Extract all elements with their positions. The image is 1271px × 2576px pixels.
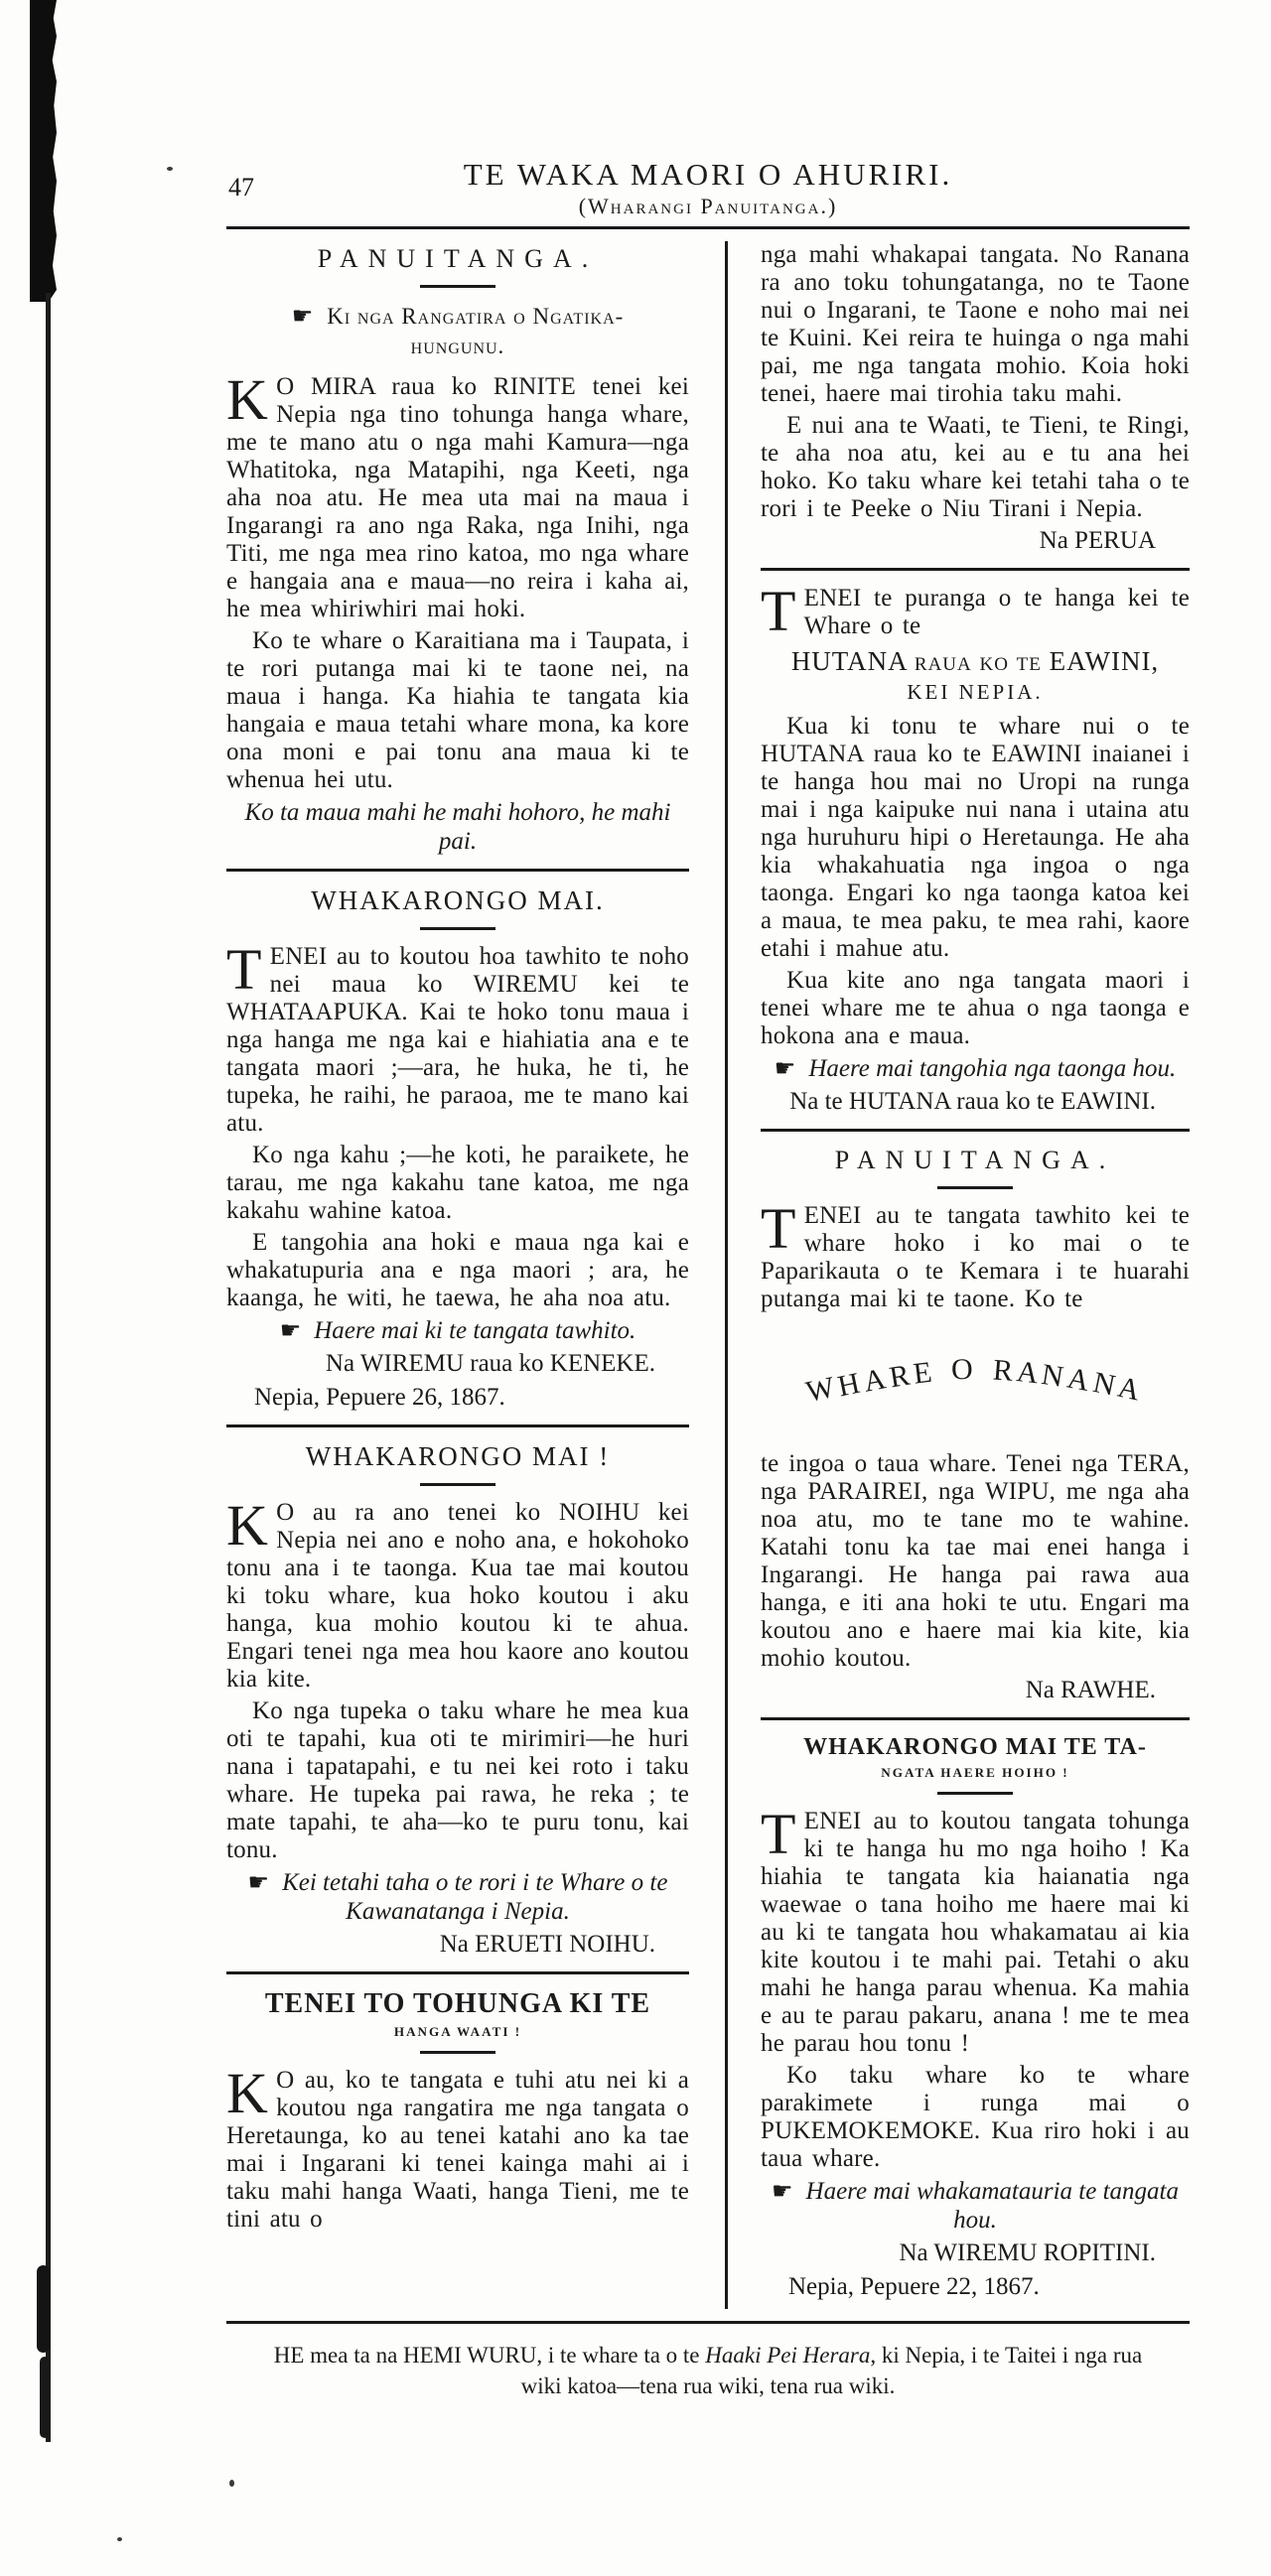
scan-edge-line: [46, 293, 51, 2442]
newspaper-page: { "header": { "page_number": "47", "titl…: [0, 0, 1271, 2576]
advert-paragraph: TENEI te puranga o te hanga kei te Whare…: [761, 585, 1190, 640]
display-title-letter: A: [1115, 1371, 1147, 1410]
advert-notice: ☛Kei tetahi taha o te rori i te Whare o …: [226, 1868, 689, 1926]
pointing-hand-icon: ☛: [292, 302, 315, 330]
advert-heading-line: PANUITANGA.: [761, 1146, 1190, 1175]
advert-notice: ☛Haere mai ki te tangata tawhito.: [226, 1316, 689, 1345]
masthead-header: 47 TE WAKA MAORI O AHURIRI. (Wharangi Pa…: [226, 157, 1190, 229]
advert-heading: WHAKARONGO MAI TE TA-NGATA HAERE HOIHO !: [761, 1734, 1190, 1795]
display-title-letter: O: [951, 1353, 977, 1388]
advert-dateline: Nepia, Pepuere 22, 1867.: [761, 2273, 1190, 2301]
heading-underline-rule: [420, 2051, 495, 2054]
advert-paragraph: TENEI au te tangata tawhito kei te whare…: [761, 1202, 1190, 1313]
advert-heading: WHAKARONGO MAI !: [226, 1441, 689, 1486]
page-number: 47: [228, 173, 254, 203]
advert-paragraph: TENEI au to koutou hoa tawhito te noho n…: [226, 943, 689, 1138]
heading-underline-rule: [420, 1483, 495, 1486]
advert-signature: Na WIREMU ROPITINI.: [761, 2239, 1190, 2267]
drop-cap-letter: K: [226, 2067, 276, 2117]
advert-paragraph: Ko nga kahu ;—he koti, he paraikete, he …: [226, 1142, 689, 1225]
advert-paragraph: E tangohia ana hoki e maua nga kai e wha…: [226, 1229, 689, 1312]
advert-address-line: hungunu.: [226, 332, 689, 361]
drop-cap-letter: T: [761, 1808, 804, 1858]
advert-paragraph: Kua kite ano nga tangata maori i tenei w…: [761, 967, 1190, 1050]
page-content: 47 TE WAKA MAORI O AHURIRI. (Wharangi Pa…: [226, 0, 1190, 2401]
heading-underline-rule: [420, 285, 495, 288]
header-rule: [226, 226, 1190, 229]
heading-underline-rule: [420, 927, 495, 930]
scan-speck: [117, 2537, 122, 2541]
scan-ink-blob: [37, 2265, 50, 2353]
advert-notice-text: Haere mai tangohia nga taonga hou.: [808, 1055, 1176, 1082]
advert-paragraph: KO MIRA raua ko RINITE tenei kei Nepia n…: [226, 373, 689, 623]
column-divider-rule: [725, 241, 728, 2309]
advert-display-title: WHARE O RANANA: [761, 1337, 1190, 1424]
section-divider-rule: [761, 1129, 1190, 1132]
newspaper-title: TE WAKA MAORI O AHURIRI.: [226, 157, 1190, 193]
drop-cap-letter: T: [226, 943, 270, 994]
imprint-text: HE mea ta na HEMI WURU, i te whare ta o …: [274, 2343, 706, 2368]
advert-heading-line: PANUITANGA.: [226, 244, 689, 274]
imprint-press-name: Haaki Pei Herara: [705, 2343, 870, 2368]
newspaper-subtitle: (Wharangi Panuitanga.): [226, 194, 1190, 219]
advert-paragraph: E nui ana te Waati, te Tieni, te Ringi, …: [761, 412, 1190, 523]
drop-cap-letter: T: [761, 1202, 804, 1253]
advert-signature: Na WIREMU raua ko KENEKE.: [226, 1350, 689, 1378]
right-column: nga mahi whakapai tangata. No Ranana ra …: [761, 241, 1190, 2309]
advert-paragraph: Ko nga tupeka o taku whare he mea kua ot…: [226, 1697, 689, 1864]
heading-underline-rule: [937, 1186, 1013, 1189]
display-title-letter: E: [912, 1355, 937, 1391]
footer-rule: [226, 2321, 1190, 2324]
column-layout: PANUITANGA.☛Ki nga Rangatira o Ngatika-h…: [226, 241, 1190, 2309]
advert-heading-line: WHAKARONGO MAI TE TA-: [761, 1734, 1190, 1761]
advert-notice: ☛Haere mai whakamatauria te tangata hou.: [761, 2177, 1190, 2235]
advert-paragraph: Kua ki tonu te whare nui o te HUTANA rau…: [761, 713, 1190, 963]
scan-edge-strip: [30, 0, 57, 302]
advert-heading: PANUITANGA.: [226, 244, 689, 288]
drop-cap-letter: T: [761, 585, 804, 635]
advert-signature: Na PERUA: [761, 527, 1190, 555]
advert-signature: Na RAWHE.: [761, 1677, 1190, 1704]
advert-signature: Na te HUTANA raua ko te EAWINI.: [761, 1088, 1190, 1116]
scan-ink-blob: [40, 2357, 50, 2438]
advert-heading-line: WHAKARONGO MAI.: [226, 885, 689, 916]
pointing-hand-icon: ☛: [775, 1054, 796, 1082]
advert-signature: Na ERUETI NOIHU.: [226, 1931, 689, 1959]
advert-heading-line: WHAKARONGO MAI !: [226, 1441, 689, 1472]
advert-paragraph: te ingoa o taua whare. Tenei nga TERA, n…: [761, 1450, 1190, 1673]
advert-notice-text: Haere mai ki te tangata tawhito.: [314, 1317, 635, 1344]
advert-heading-line: TENEI TO TOHUNGA KI TE: [226, 1988, 689, 2020]
advert-dateline: Nepia, Pepuere 26, 1867.: [226, 1384, 689, 1412]
advert-heading: WHAKARONGO MAI.: [226, 885, 689, 930]
advert-heading: TENEI TO TOHUNGA KI TEHANGA WAATI !: [226, 1988, 689, 2054]
advert-paragraph: KO au ra ano tenei ko NOIHU kei Nepia ne…: [226, 1499, 689, 1694]
advert-heading-line: NGATA HAERE HOIHO !: [761, 1765, 1190, 1781]
scan-speck: [167, 167, 173, 171]
section-divider-rule: [226, 1971, 689, 1974]
advert-heading-line: HANGA WAATI !: [226, 2024, 689, 2040]
section-divider-rule: [226, 1424, 689, 1427]
advert-address-text: Ki nga Rangatira o Ngatika-: [327, 304, 624, 329]
heading-underline-rule: [937, 1792, 1013, 1795]
advert-notice-text: Ko ta maua mahi he mahi hohoro, he mahi …: [245, 799, 671, 855]
advert-address-line: ☛Ki nga Rangatira o Ngatika-: [226, 301, 689, 332]
scan-speck: [229, 2480, 234, 2487]
section-divider-rule: [761, 568, 1190, 571]
advert-notice-text: Haere mai whakamatauria te tangata hou.: [806, 2178, 1179, 2234]
advert-paragraph: TENEI au to koutou tangata tohunga ki te…: [761, 1808, 1190, 2058]
advert-notice-text: Kei tetahi taha o te rori i te Whare o t…: [282, 1869, 667, 1925]
store-name-line: HUTANA raua ko te EAWINI,: [761, 646, 1190, 677]
pointing-hand-icon: ☛: [280, 1316, 302, 1344]
imprint-footer: HE mea ta na HEMI WURU, i te whare ta o …: [226, 2321, 1190, 2401]
advert-paragraph: nga mahi whakapai tangata. No Ranana ra …: [761, 241, 1190, 408]
advert-paragraph: KO au, ko te tangata e tuhi atu nei ki a…: [226, 2067, 689, 2234]
advert-heading: PANUITANGA.: [761, 1146, 1190, 1189]
pointing-hand-icon: ☛: [248, 1868, 270, 1896]
drop-cap-letter: K: [226, 1499, 276, 1550]
left-column: PANUITANGA.☛Ki nga Rangatira o Ngatika-h…: [226, 241, 689, 2309]
store-name-line: KEI NEPIA.: [761, 680, 1190, 705]
advert-paragraph: Ko taku whare ko te whare parakimete i r…: [761, 2062, 1190, 2173]
display-title-letter: R: [991, 1353, 1017, 1389]
advert-store-name: HUTANA raua ko te EAWINI,KEI NEPIA.: [761, 646, 1190, 705]
advert-notice: Ko ta maua mahi he mahi hohoro, he mahi …: [226, 798, 689, 856]
advert-notice: ☛Haere mai tangohia nga taonga hou.: [761, 1054, 1190, 1083]
section-divider-rule: [226, 869, 689, 872]
drop-cap-letter: K: [226, 373, 276, 424]
pointing-hand-icon: ☛: [772, 2177, 793, 2205]
advert-paragraph: Ko te whare o Karaitiana ma i Taupata, i…: [226, 627, 689, 794]
section-divider-rule: [761, 1717, 1190, 1720]
display-title-letter: [935, 1380, 951, 1381]
advert-address: ☛Ki nga Rangatira o Ngatika-hungunu.: [226, 301, 689, 361]
printer-imprint: HE mea ta na HEMI WURU, i te whare ta o …: [261, 2340, 1155, 2401]
